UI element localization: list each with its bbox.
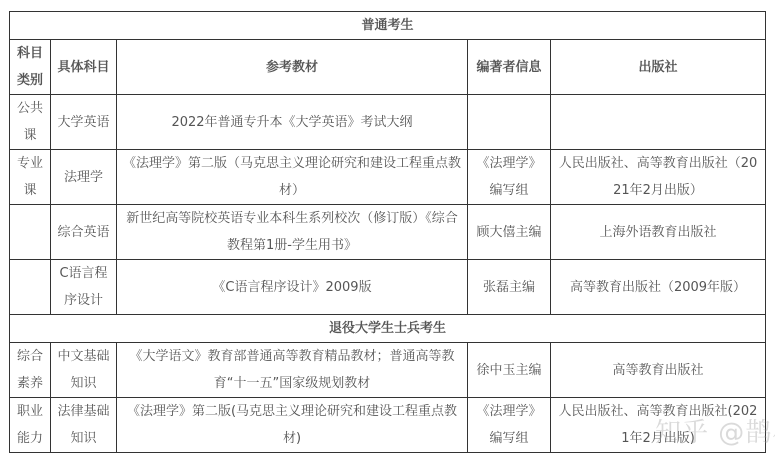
table-row: C语言程序设计 《C语言程序设计》2009版 张磊主编 高等教育出版社（2009… (10, 260, 766, 315)
cell-author: 张磊主编 (468, 260, 551, 315)
cell-category: 专业课 (10, 150, 51, 205)
cell-author: 《法理学》编写组 (468, 398, 551, 453)
cell-subject: C语言程序设计 (51, 260, 117, 315)
cell-author: 《法理学》编写组 (468, 150, 551, 205)
cell-publisher: 高等教育出版社 (551, 343, 766, 398)
cell-subject: 法律基础知识 (51, 398, 117, 453)
cell-textbook: 2022年普通专升本《大学英语》考试大纲 (117, 95, 468, 150)
section-header-regular: 普通考生 (10, 12, 766, 40)
cell-category (10, 205, 51, 260)
cell-textbook: 《法理学》第二版(马克思主义理论研究和建设工程重点教材) (117, 398, 468, 453)
cell-subject: 中文基础知识 (51, 343, 117, 398)
header-author: 编著者信息 (468, 40, 551, 95)
cell-subject: 法理学 (51, 150, 117, 205)
table-row: 综合英语 新世纪高等院校英语专业本科生系列校次（修订版）《综合教程第1册-学生用… (10, 205, 766, 260)
header-subject: 具体科目 (51, 40, 117, 95)
section-header-veteran: 退役大学生士兵考生 (10, 315, 766, 343)
section-title-veteran: 退役大学生士兵考生 (10, 315, 766, 343)
table-row: 公共课 大学英语 2022年普通专升本《大学英语》考试大纲 (10, 95, 766, 150)
table-row: 职业能力 法律基础知识 《法理学》第二版(马克思主义理论研究和建设工程重点教材)… (10, 398, 766, 453)
cell-category (10, 260, 51, 315)
cell-subject: 综合英语 (51, 205, 117, 260)
cell-textbook: 《法理学》第二版（马克思主义理论研究和建设工程重点教材） (117, 150, 468, 205)
cell-publisher: 上海外语教育出版社 (551, 205, 766, 260)
cell-publisher: 人民出版社、高等教育出版社(2021年2月出版) (551, 398, 766, 453)
cell-textbook: 《C语言程序设计》2009版 (117, 260, 468, 315)
header-textbook: 参考教材 (117, 40, 468, 95)
header-publisher: 出版社 (551, 40, 766, 95)
column-header-row: 科目类别 具体科目 参考教材 编著者信息 出版社 (10, 40, 766, 95)
cell-author: 顾大僖主编 (468, 205, 551, 260)
cell-subject: 大学英语 (51, 95, 117, 150)
table-row: 综合素养 中文基础知识 《大学语文》教育部普通高等教育精品教材；普通高等教育“十… (10, 343, 766, 398)
cell-textbook: 《大学语文》教育部普通高等教育精品教材；普通高等教育“十一五”国家级规划教材 (117, 343, 468, 398)
cell-author (468, 95, 551, 150)
table-row: 专业课 法理学 《法理学》第二版（马克思主义理论研究和建设工程重点教材） 《法理… (10, 150, 766, 205)
cell-category: 公共课 (10, 95, 51, 150)
cell-publisher (551, 95, 766, 150)
cell-author: 徐中玉主编 (468, 343, 551, 398)
cell-category: 综合素养 (10, 343, 51, 398)
cell-publisher: 人民出版社、高等教育出版社（2021年2月出版） (551, 150, 766, 205)
cell-textbook: 新世纪高等院校英语专业本科生系列校次（修订版）《综合教程第1册-学生用书》 (117, 205, 468, 260)
cell-publisher: 高等教育出版社（2009年版） (551, 260, 766, 315)
cell-category: 职业能力 (10, 398, 51, 453)
section-title-regular: 普通考生 (10, 12, 766, 40)
header-category: 科目类别 (10, 40, 51, 95)
textbook-table: 普通考生 科目类别 具体科目 参考教材 编著者信息 出版社 公共课 大学英语 2… (9, 11, 766, 453)
